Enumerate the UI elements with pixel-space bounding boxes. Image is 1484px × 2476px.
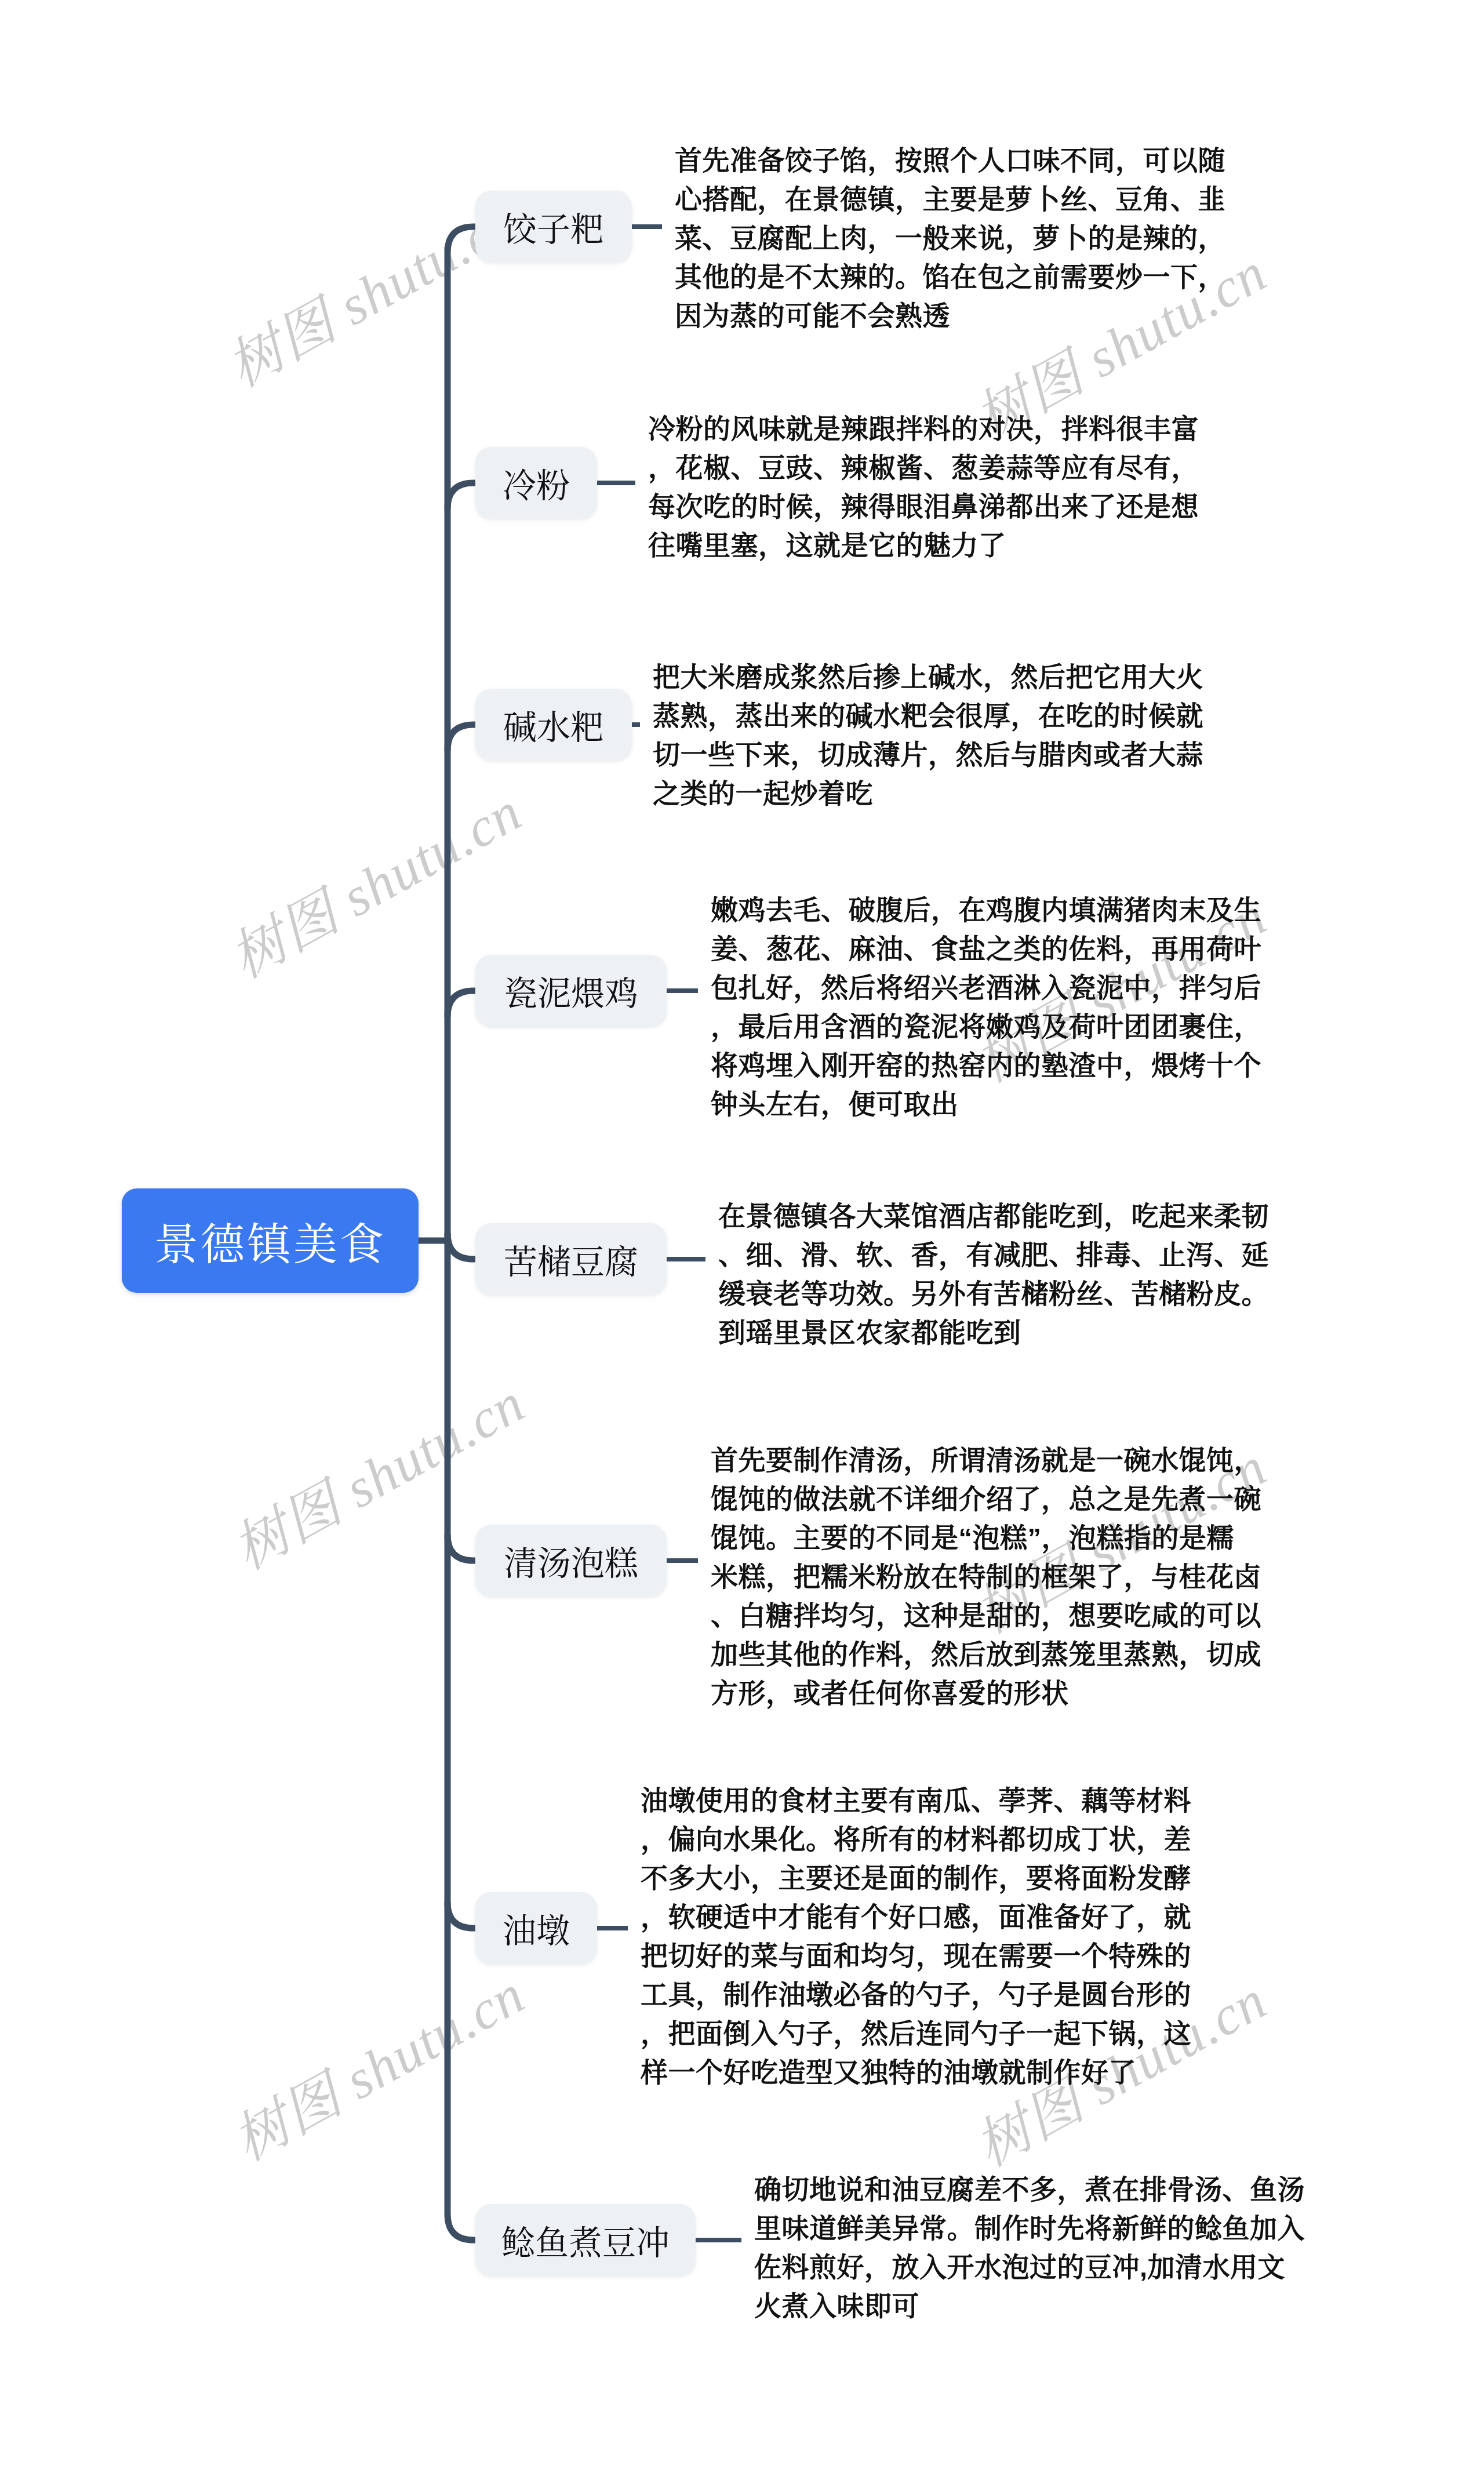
branch-node-label: 苦槠豆腐 xyxy=(504,1235,638,1284)
branch-description[interactable]: 油墩使用的食材主要有南瓜、荸荠、藕等材料 ，偏向水果化。将所有的材料都切成丁状，… xyxy=(641,1781,1290,2092)
branch-node-label: 冷粉 xyxy=(503,459,570,507)
root-node[interactable]: 景德镇美食 xyxy=(122,1188,419,1293)
branch-node-jiaozipa[interactable]: 饺子粑 xyxy=(475,191,632,263)
connector-branch-hook xyxy=(448,991,475,1017)
root-node-label: 景德镇美食 xyxy=(154,1209,386,1272)
branch-node-label: 饺子粑 xyxy=(503,202,604,251)
branch-node-qingtang-paogao[interactable]: 清汤泡糕 xyxy=(475,1525,667,1597)
connector-rail xyxy=(448,227,475,2240)
branch-node-lengfen[interactable]: 冷粉 xyxy=(475,447,597,519)
branch-node-youdun[interactable]: 油墩 xyxy=(475,1892,597,1964)
branch-description[interactable]: 嫩鸡去毛、破腹后，在鸡腹内填满猪肉末及生 姜、葱花、麻油、食盐之类的佐料，再用荷… xyxy=(711,890,1360,1124)
connector-branch-hook xyxy=(448,1535,475,1561)
connector-branch-hook xyxy=(448,1233,475,1259)
branch-description[interactable]: 确切地说和油豆腐差不多，煮在排骨汤、鱼汤 里味道鲜美异常。制作时先将新鲜的鲶鱼加… xyxy=(754,2170,1403,2325)
mindmap-canvas: 树图 shutu.cn 树图 shutu.cn 树图 shutu.cn 树图 s… xyxy=(0,0,1484,2476)
branch-node-label: 鲶鱼煮豆冲 xyxy=(501,2216,670,2264)
watermark-text: 树图 shutu.cn xyxy=(217,1951,536,2176)
branch-description[interactable]: 在景德镇各大菜馆酒店都能吃到，吃起来柔韧 、细、滑、软、香，有减肥、排毒、止泻、… xyxy=(718,1197,1367,1352)
branch-description[interactable]: 冷粉的风味就是辣跟拌料的对决，拌料很丰富 ，花椒、豆豉、辣椒酱、葱姜蒜等应有尽有… xyxy=(648,409,1297,565)
branch-node-nianyu-zhudouchong[interactable]: 鲶鱼煮豆冲 xyxy=(475,2204,696,2276)
connector-branch-hook xyxy=(448,1902,475,1928)
connector-branch-hook xyxy=(448,483,475,509)
branch-node-label: 瓷泥煨鸡 xyxy=(504,966,638,1015)
branch-description[interactable]: 把大米磨成浆然后掺上碱水，然后把它用大火 蒸熟，蒸出来的碱水粑会很厚，在吃的时候… xyxy=(653,657,1302,813)
branch-node-jianshuipa[interactable]: 碱水粑 xyxy=(475,689,632,761)
branch-node-label: 清汤泡糕 xyxy=(504,1536,638,1585)
connector-branch-hook xyxy=(448,725,475,751)
branch-description[interactable]: 首先准备饺子馅，按照个人口味不同，可以随 心搭配，在景德镇，主要是萝卜丝、豆角、… xyxy=(675,141,1324,335)
branch-node-label: 油墩 xyxy=(503,1904,570,1953)
branch-description[interactable]: 首先要制作清汤，所谓清汤就是一碗水馄饨， 馄饨的做法就不详细介绍了，总之是先煮一… xyxy=(711,1441,1360,1713)
branch-node-cini-weiji[interactable]: 瓷泥煨鸡 xyxy=(475,955,667,1027)
branch-node-label: 碱水粑 xyxy=(503,700,604,749)
branch-node-kuzhu-doufu[interactable]: 苦槠豆腐 xyxy=(475,1223,667,1295)
